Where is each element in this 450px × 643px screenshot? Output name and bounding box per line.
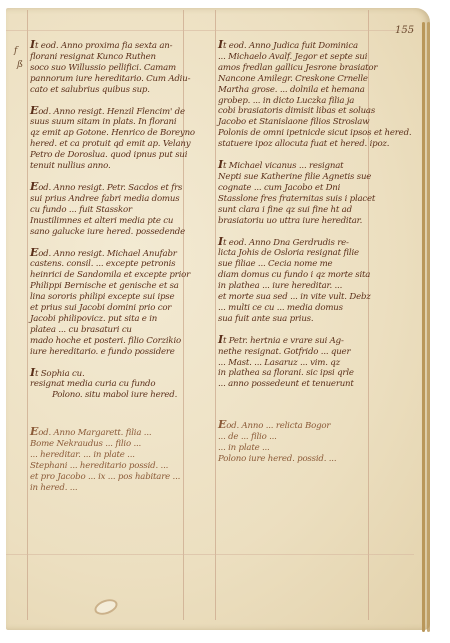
left-column: It eod. Anno proxima fia sexta an- flora… <box>30 40 185 494</box>
entry: It eod. Anno Judica fuit Dominica ... Mi… <box>218 40 370 150</box>
folio-number: 155 <box>395 25 414 36</box>
entry: Eod. Anno resigt. Michael Anufabr casten… <box>30 248 185 358</box>
text-line: amos fredlan gallicu Jesrone brasiator <box>218 63 370 74</box>
entry: It Michael vicanus ... resignat Nepti su… <box>218 160 370 226</box>
text-line: in plathea sa florani. sic ipsi qrle <box>218 368 370 379</box>
right-column: It eod. Anno Judica fuit Dominica ... Mi… <box>218 40 370 465</box>
text-line: et morte sua sed ... in vite vult. Debz <box>218 292 370 303</box>
text-line: It Sophia cu. <box>30 368 185 380</box>
text-line: Stephani ... hereditario possid. ... <box>30 461 185 472</box>
text-line: mado hoche et posteri. filio Corzikio <box>30 336 185 347</box>
text-line: florani resignat Kunco Ruthen <box>30 52 185 63</box>
text-line: suus suum sitam in plats. In florani <box>30 117 185 128</box>
text-line: tenuit nullius anno. <box>30 161 185 172</box>
ruling-line <box>6 30 414 31</box>
text-line: Bome Nekraudus ... filio ... <box>30 439 185 450</box>
text-line: et pro Jacobo ... ix ... pos habitare ..… <box>30 472 185 483</box>
ruling-line <box>27 10 28 620</box>
text-line: sunt clara i fine qz sui fine ht ad <box>218 205 370 216</box>
text-line: Eod. Anno resigt. Henzil Flencim' de <box>30 106 185 118</box>
margin-mark: ß <box>17 60 23 70</box>
text-line: Polono. situ mabol iure hered. <box>30 390 185 401</box>
text-line: ... Mast. ... Lasaruz ... vim. qz <box>218 358 370 369</box>
text-line: licta Johis de Osloria resignat filie <box>218 248 370 259</box>
text-line: Eod. Anno ... relicta Bogor <box>218 420 370 432</box>
text-line: nethe resignat. Gotfrido ... quer <box>218 347 370 358</box>
text-line: ... anno possedeunt et tenuerunt <box>218 379 370 390</box>
entry: Eod. Anno resigt. Petr. Sacdos et frs su… <box>30 182 185 238</box>
text-line: It Petr. hertnia e vrare sui Ag- <box>218 335 370 347</box>
text-line: cobi brasiatoris dimisit libas et soluas <box>218 106 370 117</box>
text-line: sue filiae ... Cecia nome me <box>218 259 370 270</box>
entry: Eod. Anno Margarett. filia ... Bome Nekr… <box>30 427 185 493</box>
text-line: sua fuit ante sua prius. <box>218 314 370 325</box>
margin-mark: f <box>14 46 17 56</box>
text-line: ... de ... filio ... <box>218 432 370 443</box>
page-edge <box>422 22 425 632</box>
text-line: ... hereditar. ... in plate ... <box>30 450 185 461</box>
manuscript-page: 155 f ß It eod. Anno proxima fia sexta a… <box>6 8 430 630</box>
ruling-line <box>215 10 216 620</box>
text-line: sui prius Andree fabri media domus <box>30 194 185 205</box>
text-line: cognate ... cum Jacobo et Dni <box>218 183 370 194</box>
text-line: lina sororis philipi excepte sui ipse <box>30 292 185 303</box>
text-line: ... multi ce cu ... media domus <box>218 303 370 314</box>
text-line: resignat media curia cu fundo <box>30 379 185 390</box>
text-line: qz emit ap Gotone. Henrico de Boreyno <box>30 128 185 139</box>
text-line: ... in plate ... <box>218 443 370 454</box>
text-line: grobep. ... in dicto Luczka filia ja <box>218 96 370 107</box>
text-line: cu fundo ... fuit Stasskor <box>30 205 185 216</box>
text-line: Philippi Bernische et genische et sa <box>30 281 185 292</box>
text-line: hered. et ca protuit qd emit ap. Velany <box>30 139 185 150</box>
entry: It Petr. hertnia e vrare sui Ag- nethe r… <box>218 335 370 391</box>
text-line: et prius sui Jacobi domini prio cor <box>30 303 185 314</box>
text-line: in plathea ... iure hereditar. ... <box>218 281 370 292</box>
text-line: sano galucke iure hered. possedende <box>30 227 185 238</box>
ruling-line <box>6 554 414 555</box>
text-line: soco suo Willussio pellifici. Camam <box>30 63 185 74</box>
text-line: heinrici de Sandomila et excepte prior <box>30 270 185 281</box>
text-line: statuere ipoz allocuta fuat et hered. ip… <box>218 139 370 150</box>
text-line: cato et salubrius quibus sup. <box>30 85 185 96</box>
text-line: Nancone Amilegr. Creskone Crnelle <box>218 74 370 85</box>
text-line: castens. consil. ... excepte petronis <box>30 259 185 270</box>
entry: It Sophia cu. resignat media curia cu fu… <box>30 368 185 402</box>
text-line: It eod. Anno proxima fia sexta an- <box>30 40 185 52</box>
entry: Eod. Anno ... relicta Bogor ... de ... f… <box>218 420 370 465</box>
text-line: brasiatoriu uo uttra iure hereditar. <box>218 216 370 227</box>
entry: It eod. Anno Dna Gerdrudis re- licta Joh… <box>218 237 370 325</box>
text-line: Inustilimnes et alteri media pte cu <box>30 216 185 227</box>
text-line: Martha grose. ... dolnila et hemana <box>218 85 370 96</box>
text-line: Eod. Anno resigt. Michael Anufabr <box>30 248 185 260</box>
page-edge <box>427 22 430 632</box>
text-line: It eod. Anno Judica fuit Dominica <box>218 40 370 52</box>
entry: It eod. Anno proxima fia sexta an- flora… <box>30 40 185 96</box>
text-line: Jacobo et Stanislaone filios Stroslaw <box>218 117 370 128</box>
text-line: Polonis de omni ipetnicde sicut ipsos et… <box>218 128 370 139</box>
text-line: in hered. ... <box>30 483 185 494</box>
text-line: diam domus cu fundo i qz morte sita <box>218 270 370 281</box>
text-line: Jacobi philipovicz. put sita e in <box>30 314 185 325</box>
text-line: iure hereditario. e fundo possidere <box>30 347 185 358</box>
text-line: Polono iure hered. possid. ... <box>218 454 370 465</box>
text-line: ... Michaelo Avalf. Jegor et septe sui <box>218 52 370 63</box>
text-line: Eod. Anno Margarett. filia ... <box>30 427 185 439</box>
text-line: Eod. Anno resigt. Petr. Sacdos et frs <box>30 182 185 194</box>
text-line: It eod. Anno Dna Gerdrudis re- <box>218 237 370 249</box>
text-line: Petro de Doroslua. quod ipnus put sui <box>30 150 185 161</box>
text-line: pannorum iure hereditario. Cum Adiu- <box>30 74 185 85</box>
text-line: It Michael vicanus ... resignat <box>218 160 370 172</box>
text-line: Nepti sue Katherine filie Agnetis sue <box>218 172 370 183</box>
entry: Eod. Anno resigt. Henzil Flencim' de suu… <box>30 106 185 172</box>
parchment-hole <box>92 596 119 617</box>
text-line: Stasslone fres fraternitas suis i placet <box>218 194 370 205</box>
text-line: platea ... cu brasaturi cu <box>30 325 185 336</box>
